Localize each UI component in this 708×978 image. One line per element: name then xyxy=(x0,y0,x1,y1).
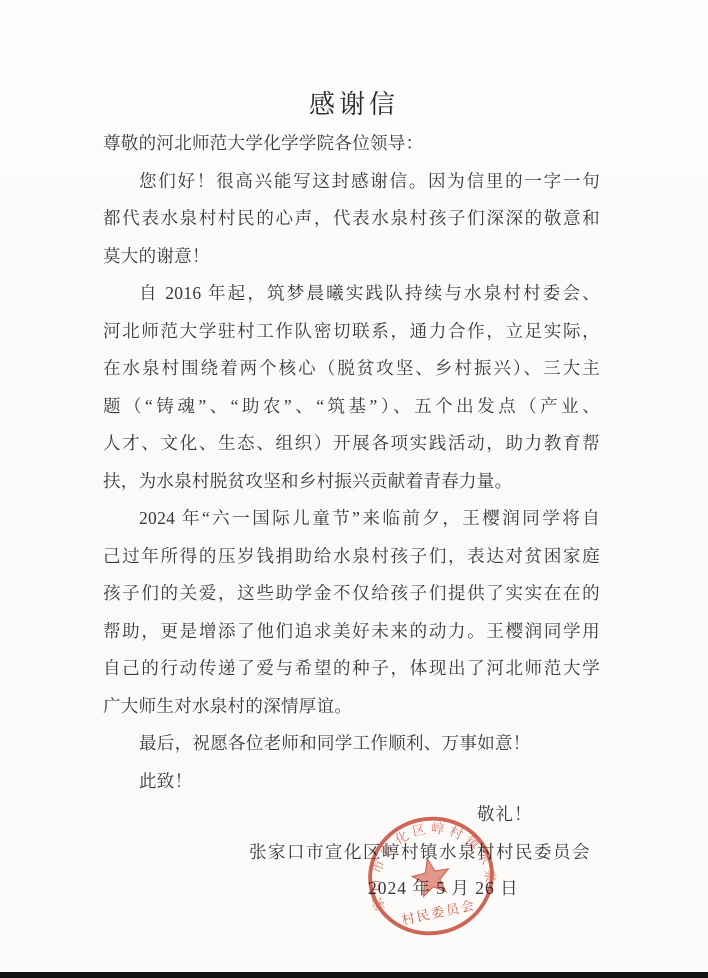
body-line: 广大师生对水泉村的深情厚谊。 xyxy=(103,688,600,726)
body-line: 扶，为水泉村脱贫攻坚和乡村振兴贡献着青春力量。 xyxy=(103,463,600,501)
body-line: 己过年所得的压岁钱捐助给水泉村孩子们，表达对贫困家庭 xyxy=(103,538,600,576)
body-line: 您们好！很高兴能写这封感谢信。因为信里的一字一句 xyxy=(103,163,600,201)
salutation-line: 尊敬的河北师范大学化学学院各位领导： xyxy=(103,125,600,163)
body-line: 帮助，更是增添了他们追求美好未来的动力。王樱润同学用 xyxy=(103,613,600,651)
body-line: 题（“铸魂”、“助农”、“筑基”）、五个出发点（产业、 xyxy=(103,388,600,426)
body-line: 自己的行动传递了爱与希望的种子，体现出了河北师范大学 xyxy=(103,650,600,688)
body-line: 在水泉村围绕着两个核心（脱贫攻坚、乡村振兴）、三大主 xyxy=(103,350,600,388)
body-line: 最后，祝愿各位老师和同学工作顺利、万事如意！ xyxy=(103,725,600,763)
body-line: 人才、文化、生态、组织）开展各项实践活动，助力教育帮 xyxy=(103,425,600,463)
letter-title: 感谢信 xyxy=(0,84,708,121)
body-line: 自 2016 年起，筑梦晨曦实践队持续与水泉村村委会、 xyxy=(103,275,600,313)
body-line: 2024 年“六一国际儿童节”来临前夕，王樱润同学将自 xyxy=(103,500,600,538)
official-seal: 张家口市宣化区崞村镇水泉村 村民委员会 xyxy=(363,813,499,939)
body-line: 孩子们的关爱，这些助学金不仅给孩子们提供了实实在在的 xyxy=(103,575,600,613)
respectfully-line: 此致！ xyxy=(103,763,600,801)
scan-bottom-edge xyxy=(0,972,708,978)
letter-body: 尊敬的河北师范大学化学学院各位领导： 您们好！很高兴能写这封感谢信。因为信里的一… xyxy=(103,125,600,800)
body-line: 莫大的谢意！ xyxy=(103,238,600,276)
scanned-letter-page: 感谢信 尊敬的河北师范大学化学学院各位领导： 您们好！很高兴能写这封感谢信。因为… xyxy=(0,0,708,978)
star-icon xyxy=(409,855,452,898)
body-line: 都代表水泉村村民的心声，代表水泉村孩子们深深的敬意和 xyxy=(103,200,600,238)
body-line: 河北师范大学驻村工作队密切联系，通力合作，立足实际， xyxy=(103,313,600,351)
